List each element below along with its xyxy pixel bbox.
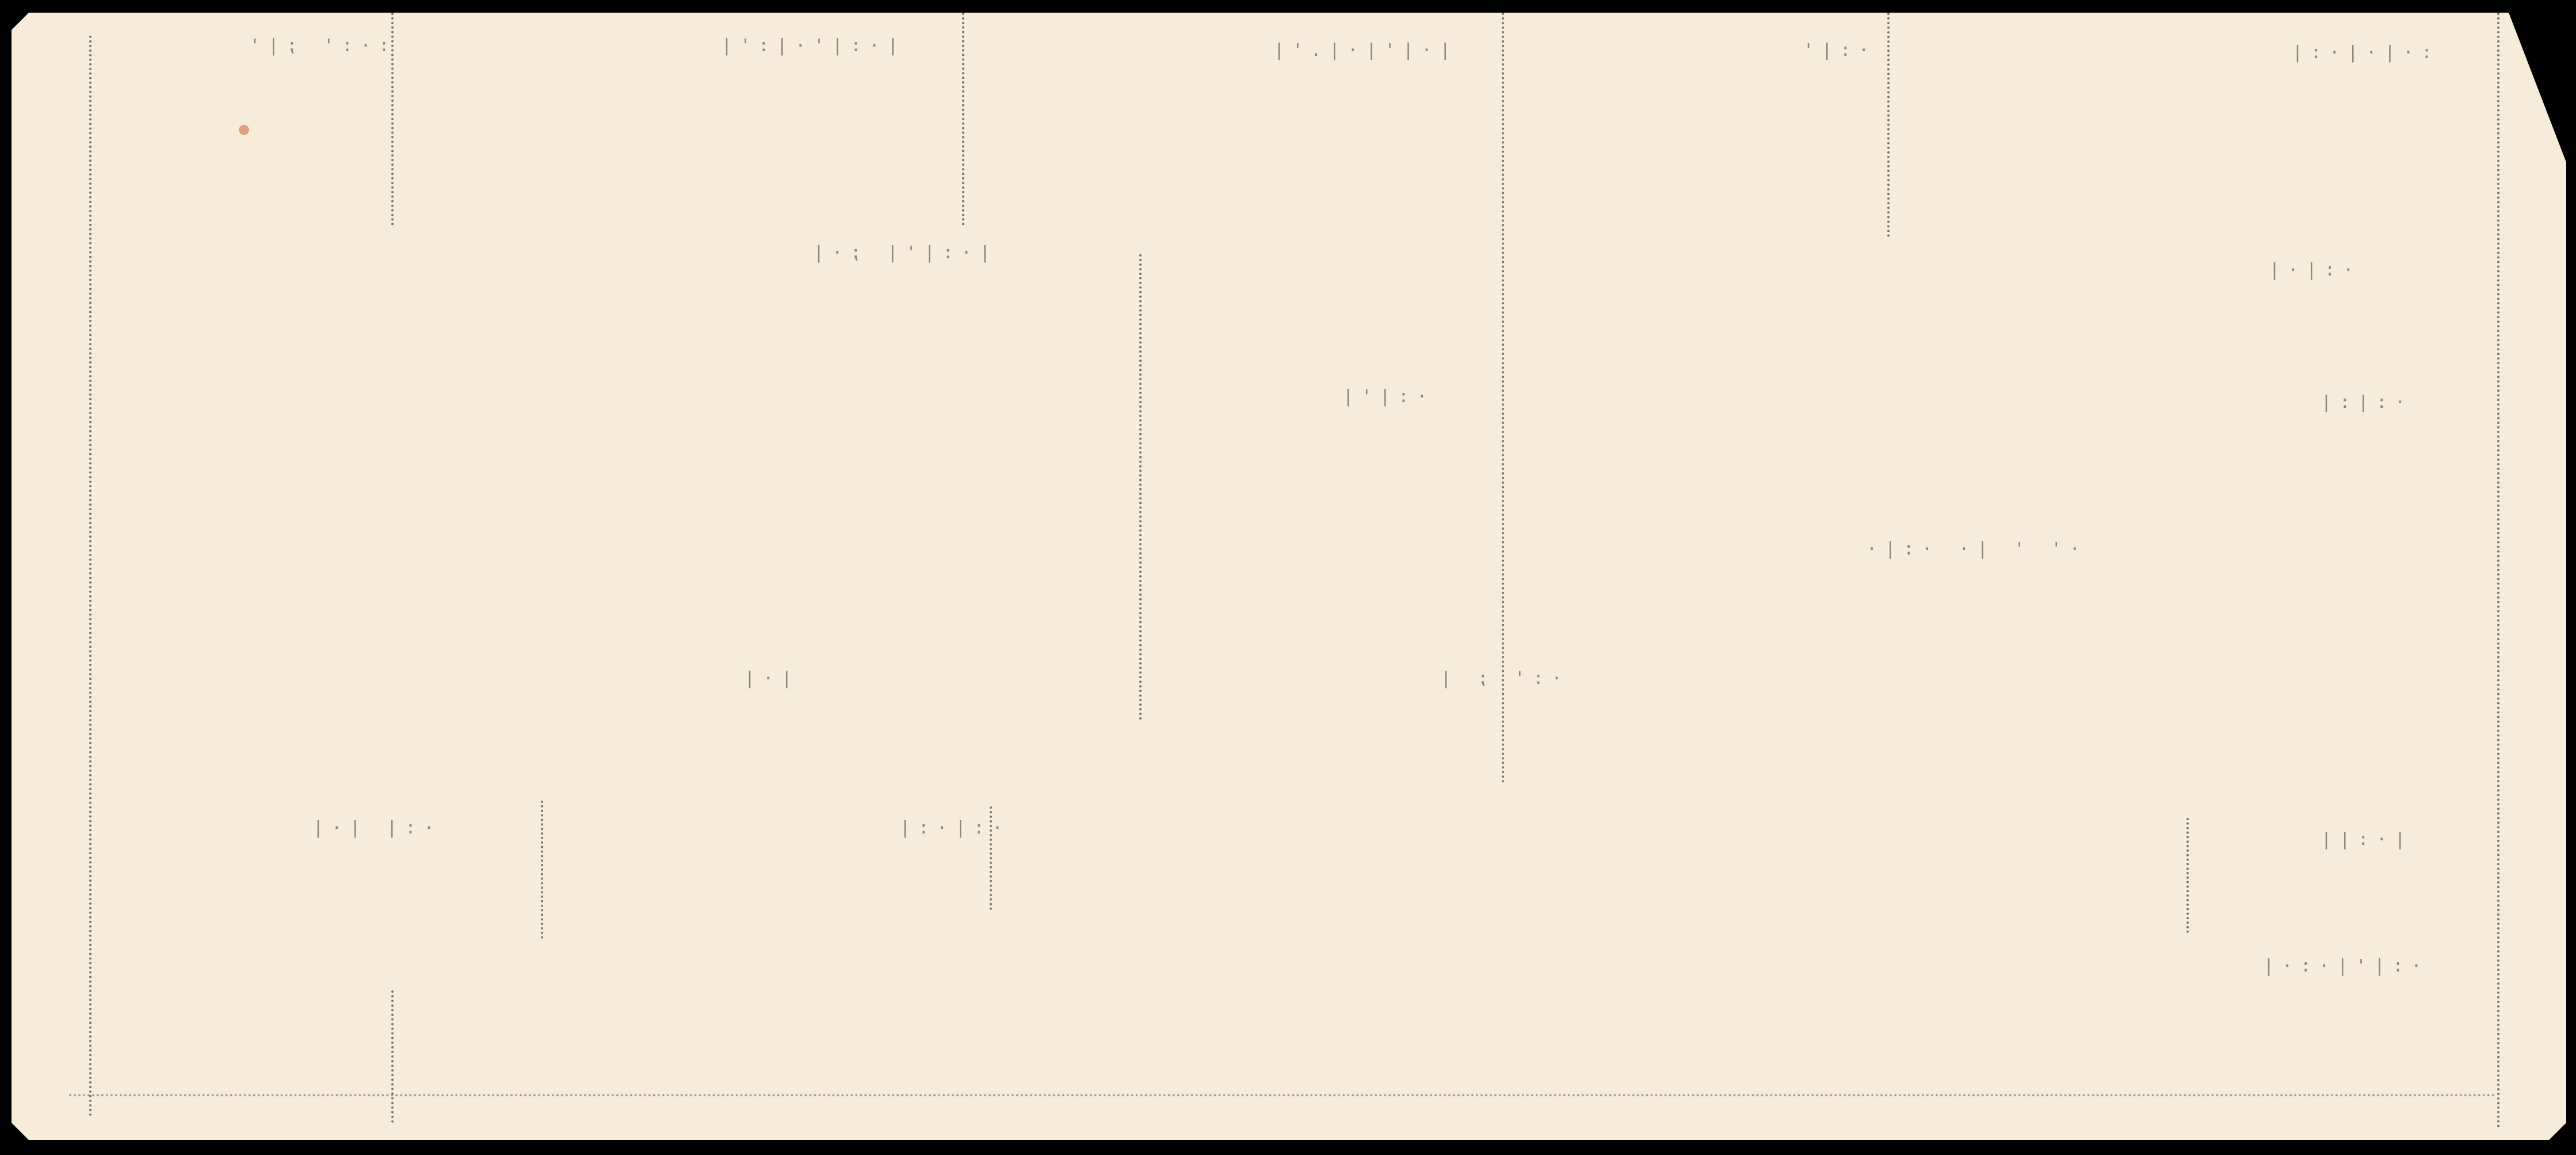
bleed-mark: ·:|:| (2313, 392, 2405, 412)
bleed-mark: |·|'|·|.'| (1266, 40, 1451, 60)
form-card-back: :·:' ;|' |·:|'·|:'| |·|'|·|.'| ·:|' :·|·… (12, 13, 2566, 1140)
bleed-mark: ·:|' (1795, 40, 1869, 60)
column-rule (2497, 13, 2499, 1129)
bleed-mark: ·:' ; | (1433, 668, 1562, 689)
bleed-mark: |·:|'·|:'| (713, 36, 898, 56)
column-rule (2186, 818, 2189, 933)
bleed-mark: ·:|·| (2261, 260, 2353, 280)
column-rule (89, 36, 91, 1117)
column-rule (1502, 13, 1504, 783)
paper-speck (239, 125, 249, 135)
bleed-mark: :·|·|·:| (2284, 43, 2432, 63)
bleed-mark: ·:|'|·:·| (2256, 956, 2422, 976)
bleed-mark: |·| (736, 668, 792, 689)
column-rule (391, 990, 394, 1123)
bleed-mark: ·:|'| (1335, 387, 1427, 407)
bottom-rule (69, 1094, 2497, 1096)
column-rule (1139, 254, 1142, 720)
column-rule (962, 13, 964, 225)
column-rule (541, 801, 543, 939)
bleed-mark: |·:|| (2313, 829, 2405, 850)
bleed-mark: |·:|'| ;·| (806, 243, 990, 263)
column-rule (1887, 13, 1890, 237)
column-rule (391, 13, 394, 225)
bleed-mark: ·' ' |· ·:|· (1858, 539, 2080, 559)
bleed-mark: :·:' ;|' (242, 36, 390, 56)
bleed-mark: ·:|·:| (892, 818, 1002, 838)
bleed-mark: ·:| |·| (305, 818, 434, 838)
